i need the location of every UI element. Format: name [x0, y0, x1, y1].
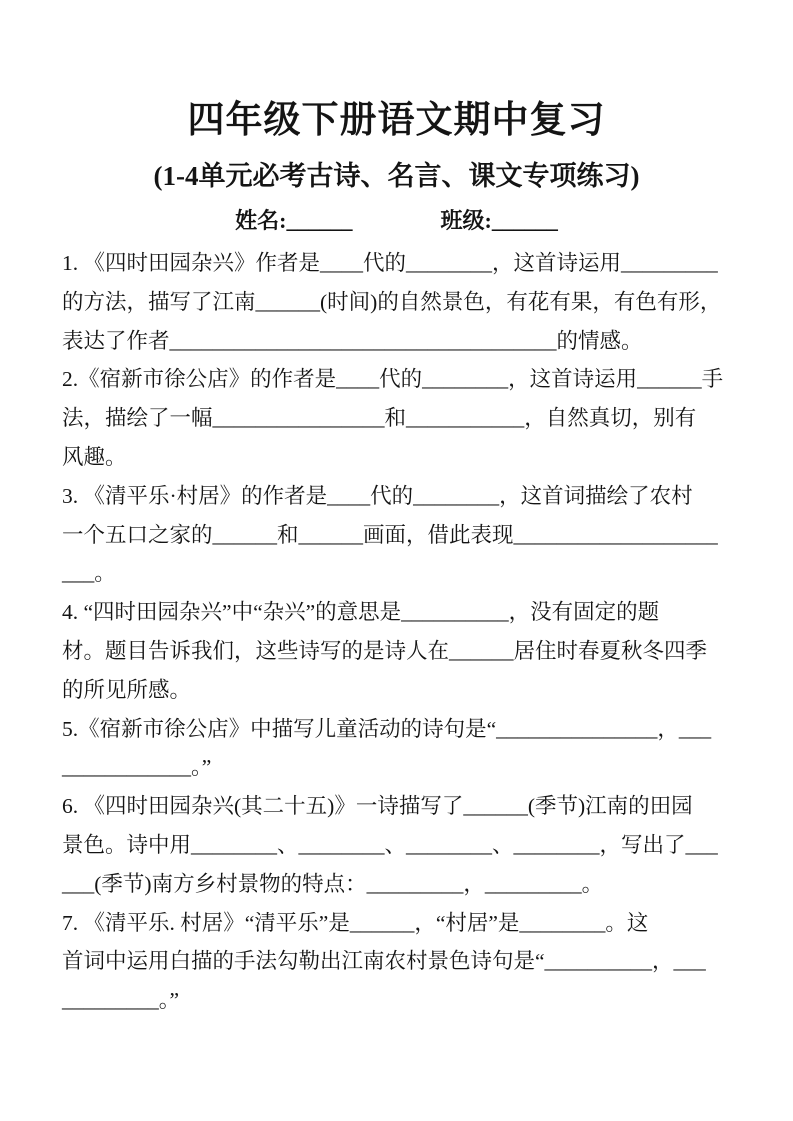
- worksheet-page: 四年级下册语文期中复习 (1-4单元必考古诗、名言、课文专项练习) 姓名:___…: [0, 0, 793, 1121]
- name-field: 姓名:______: [235, 208, 352, 234]
- question-4-line-1: 4. “四时田园杂兴”中“杂兴”的意思是__________，没有固定的题: [62, 593, 733, 632]
- question-5: 5.《宿新市徐公店》中描写儿童活动的诗句是“_______________，__…: [62, 710, 733, 788]
- question-1-line-3: 表达了作者___________________________________…: [62, 322, 733, 361]
- question-1-line-2: 的方法，描写了江南______(时间)的自然景色，有花有果，有色有形，: [62, 283, 733, 322]
- question-7-line-1: 7. 《清平乐. 村居》“清平乐”是______，“村居”是________。这: [62, 904, 733, 943]
- page-subtitle: (1-4单元必考古诗、名言、课文专项练习): [0, 160, 793, 192]
- question-2: 2.《宿新市徐公店》的作者是____代的________，这首诗运用______…: [62, 360, 733, 476]
- question-7-line-3: _________。”: [62, 981, 733, 1020]
- name-label: 姓名:: [235, 208, 286, 233]
- question-3-line-1: 3. 《清平乐·村居》的作者是____代的________，这首词描绘了农村: [62, 477, 733, 516]
- question-list: 1. 《四时田园杂兴》作者是____代的________，这首诗运用______…: [0, 244, 793, 1020]
- question-1: 1. 《四时田园杂兴》作者是____代的________，这首诗运用______…: [62, 244, 733, 360]
- question-2-line-3: 风趣。: [62, 438, 733, 477]
- question-1-line-1: 1. 《四时田园杂兴》作者是____代的________，这首诗运用______…: [62, 244, 733, 283]
- question-6-line-3: ___(季节)南方乡村景物的特点：_________，_________。: [62, 865, 733, 904]
- question-6-line-1: 6. 《四时田园杂兴(其二十五)》一诗描写了______(季节)江南的田园: [62, 787, 733, 826]
- question-2-line-2: 法，描绘了一幅________________和___________，自然真切…: [62, 399, 733, 438]
- question-4: 4. “四时田园杂兴”中“杂兴”的意思是__________，没有固定的题 材。…: [62, 593, 733, 709]
- question-7-line-2: 首词中运用白描的手法勾勒出江南农村景色诗句是“__________，___: [62, 942, 733, 981]
- class-label: 班级:: [441, 208, 492, 233]
- class-blank[interactable]: ______: [492, 208, 558, 233]
- question-7: 7. 《清平乐. 村居》“清平乐”是______，“村居”是________。这…: [62, 904, 733, 1020]
- question-4-line-2: 材。题目告诉我们，这些诗写的是诗人在______居住时春夏秋冬四季: [62, 632, 733, 671]
- name-class-row: 姓名:______ 班级:______: [0, 208, 793, 234]
- question-5-line-1: 5.《宿新市徐公店》中描写儿童活动的诗句是“_______________，__…: [62, 710, 733, 749]
- question-4-line-3: 的所见所感。: [62, 671, 733, 710]
- page-title: 四年级下册语文期中复习: [0, 100, 793, 142]
- name-blank[interactable]: ______: [287, 208, 353, 233]
- question-3: 3. 《清平乐·村居》的作者是____代的________，这首词描绘了农村 一…: [62, 477, 733, 593]
- class-field: 班级:______: [441, 208, 558, 234]
- question-6-line-2: 景色。诗中用________、________、________、_______…: [62, 826, 733, 865]
- question-3-line-2: 一个五口之家的______和______画面，借此表现_____________…: [62, 516, 733, 555]
- question-6: 6. 《四时田园杂兴(其二十五)》一诗描写了______(季节)江南的田园 景色…: [62, 787, 733, 903]
- question-2-line-1: 2.《宿新市徐公店》的作者是____代的________，这首诗运用______…: [62, 360, 733, 399]
- question-3-line-3: ___。: [62, 554, 733, 593]
- question-5-line-2: ____________。”: [62, 748, 733, 787]
